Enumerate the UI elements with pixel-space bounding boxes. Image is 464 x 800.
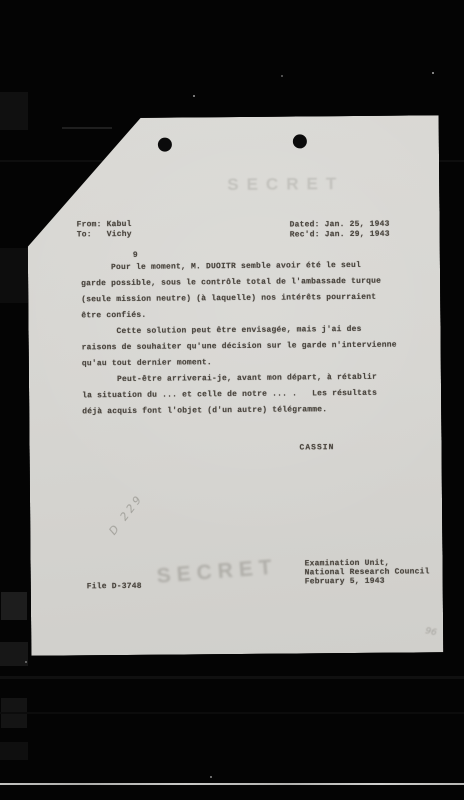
file-number: File D-3748: [87, 582, 142, 592]
film-sprocket-mark: [0, 742, 28, 760]
received-line: Rec'd: Jan. 29, 1943: [290, 230, 390, 241]
film-sprocket-mark: [1, 592, 27, 620]
secret-stamp-top: SECRET: [227, 174, 344, 195]
secret-stamp-bottom: SECRET: [156, 555, 279, 588]
dust-speck: [193, 95, 195, 97]
page-mark: 96: [424, 626, 437, 638]
pencil-note: D 229: [106, 491, 146, 537]
dust-speck: [25, 661, 27, 663]
film-streak: [0, 712, 464, 714]
telegram-body: Pour le moment, M. DUOITR semble avoir é…: [81, 258, 397, 421]
microfilm-frame: SECRET From: Kabul To: Vichy Dated: Jan.…: [0, 0, 464, 800]
dust-speck: [210, 776, 212, 778]
dust-speck: [432, 72, 434, 74]
film-frame-line: [0, 783, 464, 785]
punch-hole: [293, 134, 307, 148]
to-line: To: Vichy: [77, 230, 132, 240]
from-line: From: Kabul: [77, 220, 132, 230]
document-page: SECRET From: Kabul To: Vichy Dated: Jan.…: [27, 115, 444, 656]
film-sprocket-mark: [0, 248, 28, 303]
film-scratch: [62, 127, 112, 129]
examination-unit-block: Examination Unit, National Research Coun…: [305, 558, 430, 586]
film-streak: [0, 676, 464, 679]
dust-speck: [281, 75, 283, 77]
punch-hole: [158, 138, 172, 152]
film-sprocket-mark: [0, 92, 28, 130]
film-sprocket-mark: [0, 642, 28, 666]
signature: CASSIN: [300, 443, 335, 453]
